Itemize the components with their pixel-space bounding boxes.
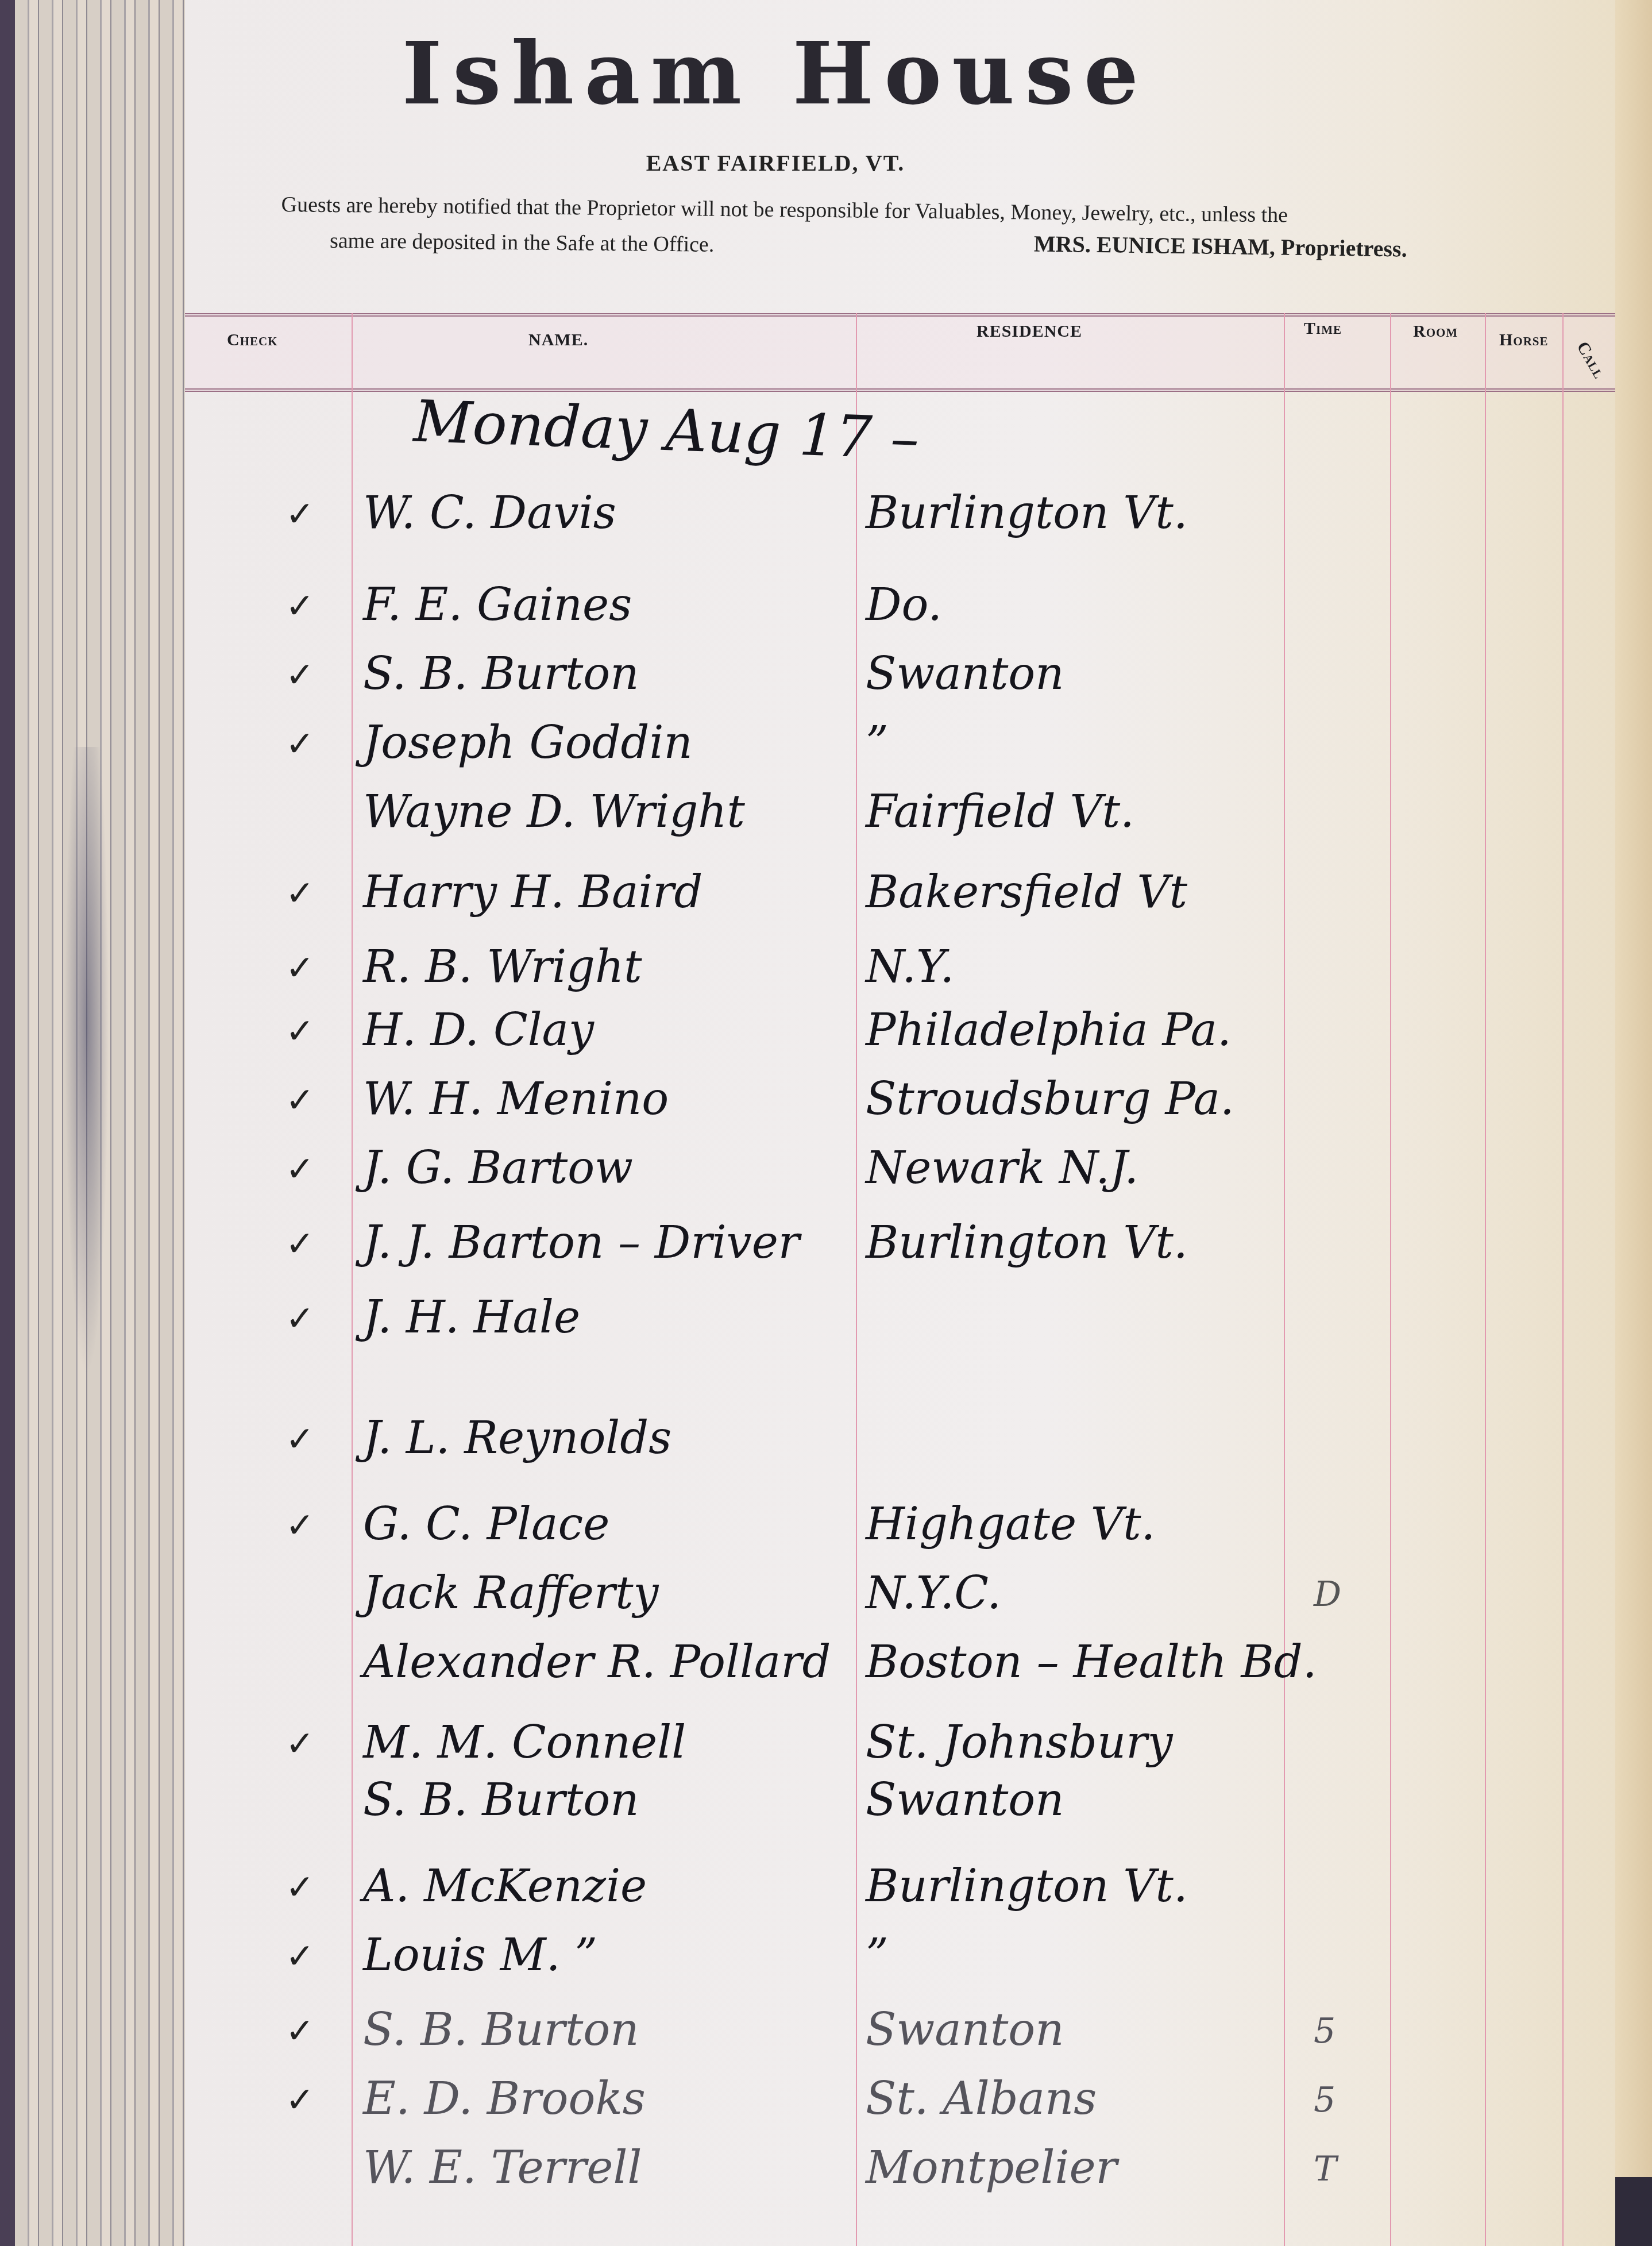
check-mark: ✓ bbox=[285, 1149, 314, 1189]
check-mark: ✓ bbox=[285, 873, 314, 914]
column-residence: RESIDENCE bbox=[976, 322, 1082, 341]
column-time: Time bbox=[1304, 319, 1342, 338]
column-check: Check bbox=[227, 330, 278, 350]
guest-name: R. B. Wright bbox=[363, 941, 642, 993]
guest-name: S. B. Burton bbox=[363, 1774, 639, 1826]
column-horse: Horse bbox=[1499, 330, 1549, 350]
register-row: Wayne D. WrightFairfield Vt. bbox=[185, 781, 1615, 839]
register-row: ✓J. J. Barton – DriverBurlington Vt. bbox=[185, 1212, 1615, 1270]
arrival-time: D bbox=[1314, 1574, 1341, 1615]
register-row: ✓Joseph Goddin” bbox=[185, 712, 1615, 770]
check-mark: ✓ bbox=[285, 948, 314, 988]
guest-residence: N.Y.C. bbox=[866, 1567, 1001, 1619]
guest-residence: Fairfield Vt. bbox=[866, 786, 1134, 838]
guest-name: W. E. Terrell bbox=[363, 2142, 642, 2194]
check-mark: ✓ bbox=[285, 494, 314, 534]
guest-name: S. B. Burton bbox=[363, 2004, 639, 2056]
arrival-time: 5 bbox=[1314, 2080, 1336, 2120]
check-mark: ✓ bbox=[285, 1505, 314, 1546]
check-mark: ✓ bbox=[285, 586, 314, 626]
hotel-title: Isham House bbox=[345, 23, 1206, 124]
guest-residence: Swanton bbox=[866, 648, 1064, 700]
guest-name: S. B. Burton bbox=[363, 648, 639, 700]
register-row: W. E. TerrellMontpelierT bbox=[185, 2137, 1615, 2195]
guest-residence: St. Albans bbox=[866, 2073, 1097, 2125]
guest-name: F. E. Gaines bbox=[363, 579, 632, 631]
register-row: ✓M. M. ConnellSt. Johnsbury bbox=[185, 1712, 1615, 1770]
guest-residence: St. Johnsbury bbox=[866, 1717, 1173, 1769]
check-mark: ✓ bbox=[285, 1936, 314, 1977]
guest-name: J. L. Reynolds bbox=[363, 1412, 671, 1464]
register-row: ✓Louis M. ”” bbox=[185, 1925, 1615, 1982]
column-name: NAME. bbox=[528, 330, 588, 350]
guest-name: W. H. Menino bbox=[363, 1073, 669, 1125]
guest-residence: ” bbox=[866, 717, 889, 769]
register-row: S. B. BurtonSwanton bbox=[185, 1770, 1615, 1827]
guest-residence: Highgate Vt. bbox=[866, 1498, 1155, 1550]
check-mark: ✓ bbox=[285, 1867, 314, 1908]
guest-name: Jack Rafferty bbox=[363, 1567, 659, 1619]
arrival-time: 5 bbox=[1314, 2011, 1336, 2051]
register-row: ✓S. B. BurtonSwanton bbox=[185, 644, 1615, 701]
register-row: ✓G. C. PlaceHighgate Vt. bbox=[185, 1494, 1615, 1551]
guest-name: Harry H. Baird bbox=[363, 866, 703, 918]
register-row: ✓W. H. MeninoStroudsburg Pa. bbox=[185, 1069, 1615, 1126]
guest-residence: Swanton bbox=[866, 2004, 1064, 2056]
guest-residence: Bakersfield Vt bbox=[866, 866, 1187, 918]
guest-residence: Stroudsburg Pa. bbox=[866, 1073, 1234, 1125]
guest-residence: ” bbox=[866, 1929, 889, 1981]
guest-name: J. H. Hale bbox=[363, 1292, 580, 1343]
guest-residence: Burlington Vt. bbox=[866, 1217, 1188, 1269]
register-row: Jack RaffertyN.Y.C.D bbox=[185, 1563, 1615, 1620]
guest-residence: Boston – Health Bd. bbox=[866, 1636, 1317, 1688]
guest-residence: Newark N.J. bbox=[866, 1142, 1138, 1194]
guest-name: Joseph Goddin bbox=[363, 717, 693, 769]
guest-residence: Burlington Vt. bbox=[866, 1860, 1188, 1912]
register-row: Alexander R. PollardBoston – Health Bd. bbox=[185, 1632, 1615, 1689]
guest-name: W. C. Davis bbox=[363, 487, 616, 539]
guest-name: M. M. Connell bbox=[363, 1717, 686, 1769]
guest-residence: Do. bbox=[866, 579, 942, 631]
register-row: ✓W. C. DavisBurlington Vt. bbox=[185, 483, 1615, 540]
check-mark: ✓ bbox=[285, 2011, 314, 2051]
register-row: ✓A. McKenzieBurlington Vt. bbox=[185, 1856, 1615, 1913]
guest-name: E. D. Brooks bbox=[363, 2073, 646, 2125]
register-row: ✓Harry H. BairdBakersfield Vt bbox=[185, 862, 1615, 919]
check-mark: ✓ bbox=[285, 655, 314, 695]
proprietress-name: MRS. EUNICE ISHAM, Proprietress. bbox=[1034, 230, 1407, 262]
book-page-edges bbox=[0, 0, 185, 2246]
register-row: ✓S. B. BurtonSwanton5 bbox=[185, 2000, 1615, 2057]
guest-residence: Montpelier bbox=[866, 2142, 1117, 2194]
register-row: ✓F. E. GainesDo. bbox=[185, 575, 1615, 632]
check-mark: ✓ bbox=[285, 2080, 314, 2120]
check-mark: ✓ bbox=[285, 1299, 314, 1339]
guest-name: G. C. Place bbox=[363, 1498, 609, 1550]
guest-residence: Burlington Vt. bbox=[866, 487, 1188, 539]
check-mark: ✓ bbox=[285, 724, 314, 764]
register-row: ✓E. D. BrooksSt. Albans5 bbox=[185, 2068, 1615, 2126]
register-row: ✓H. D. ClayPhiladelphia Pa. bbox=[185, 1000, 1615, 1057]
register-row: ✓J. L. Reynolds bbox=[185, 1408, 1615, 1465]
guest-name: A. McKenzie bbox=[363, 1860, 647, 1912]
hotel-location: EAST FAIRFIELD, VT. bbox=[603, 149, 948, 176]
arrival-time: T bbox=[1314, 2149, 1337, 2189]
guest-name: Louis M. ” bbox=[363, 1929, 597, 1981]
guest-residence: Swanton bbox=[866, 1774, 1064, 1826]
column-header-band bbox=[185, 313, 1615, 392]
check-mark: ✓ bbox=[285, 1724, 314, 1764]
register-row: ✓J. H. Hale bbox=[185, 1287, 1615, 1344]
register-row: ✓J. G. BartowNewark N.J. bbox=[185, 1138, 1615, 1195]
guest-name: J. G. Bartow bbox=[363, 1142, 633, 1194]
guest-residence: Philadelphia Pa. bbox=[866, 1004, 1232, 1056]
check-mark: ✓ bbox=[285, 1419, 314, 1459]
check-mark: ✓ bbox=[285, 1080, 314, 1120]
check-mark: ✓ bbox=[285, 1224, 314, 1264]
guest-name: Wayne D. Wright bbox=[363, 786, 745, 838]
check-mark: ✓ bbox=[285, 1011, 314, 1051]
register-row: ✓R. B. WrightN.Y. bbox=[185, 937, 1615, 994]
guest-name: J. J. Barton – Driver bbox=[363, 1217, 800, 1269]
column-room: Room bbox=[1413, 322, 1458, 341]
guest-name: H. D. Clay bbox=[363, 1004, 594, 1056]
guest-name: Alexander R. Pollard bbox=[363, 1636, 831, 1688]
facing-page-edge bbox=[1615, 0, 1652, 2246]
guest-residence: N.Y. bbox=[866, 941, 954, 993]
